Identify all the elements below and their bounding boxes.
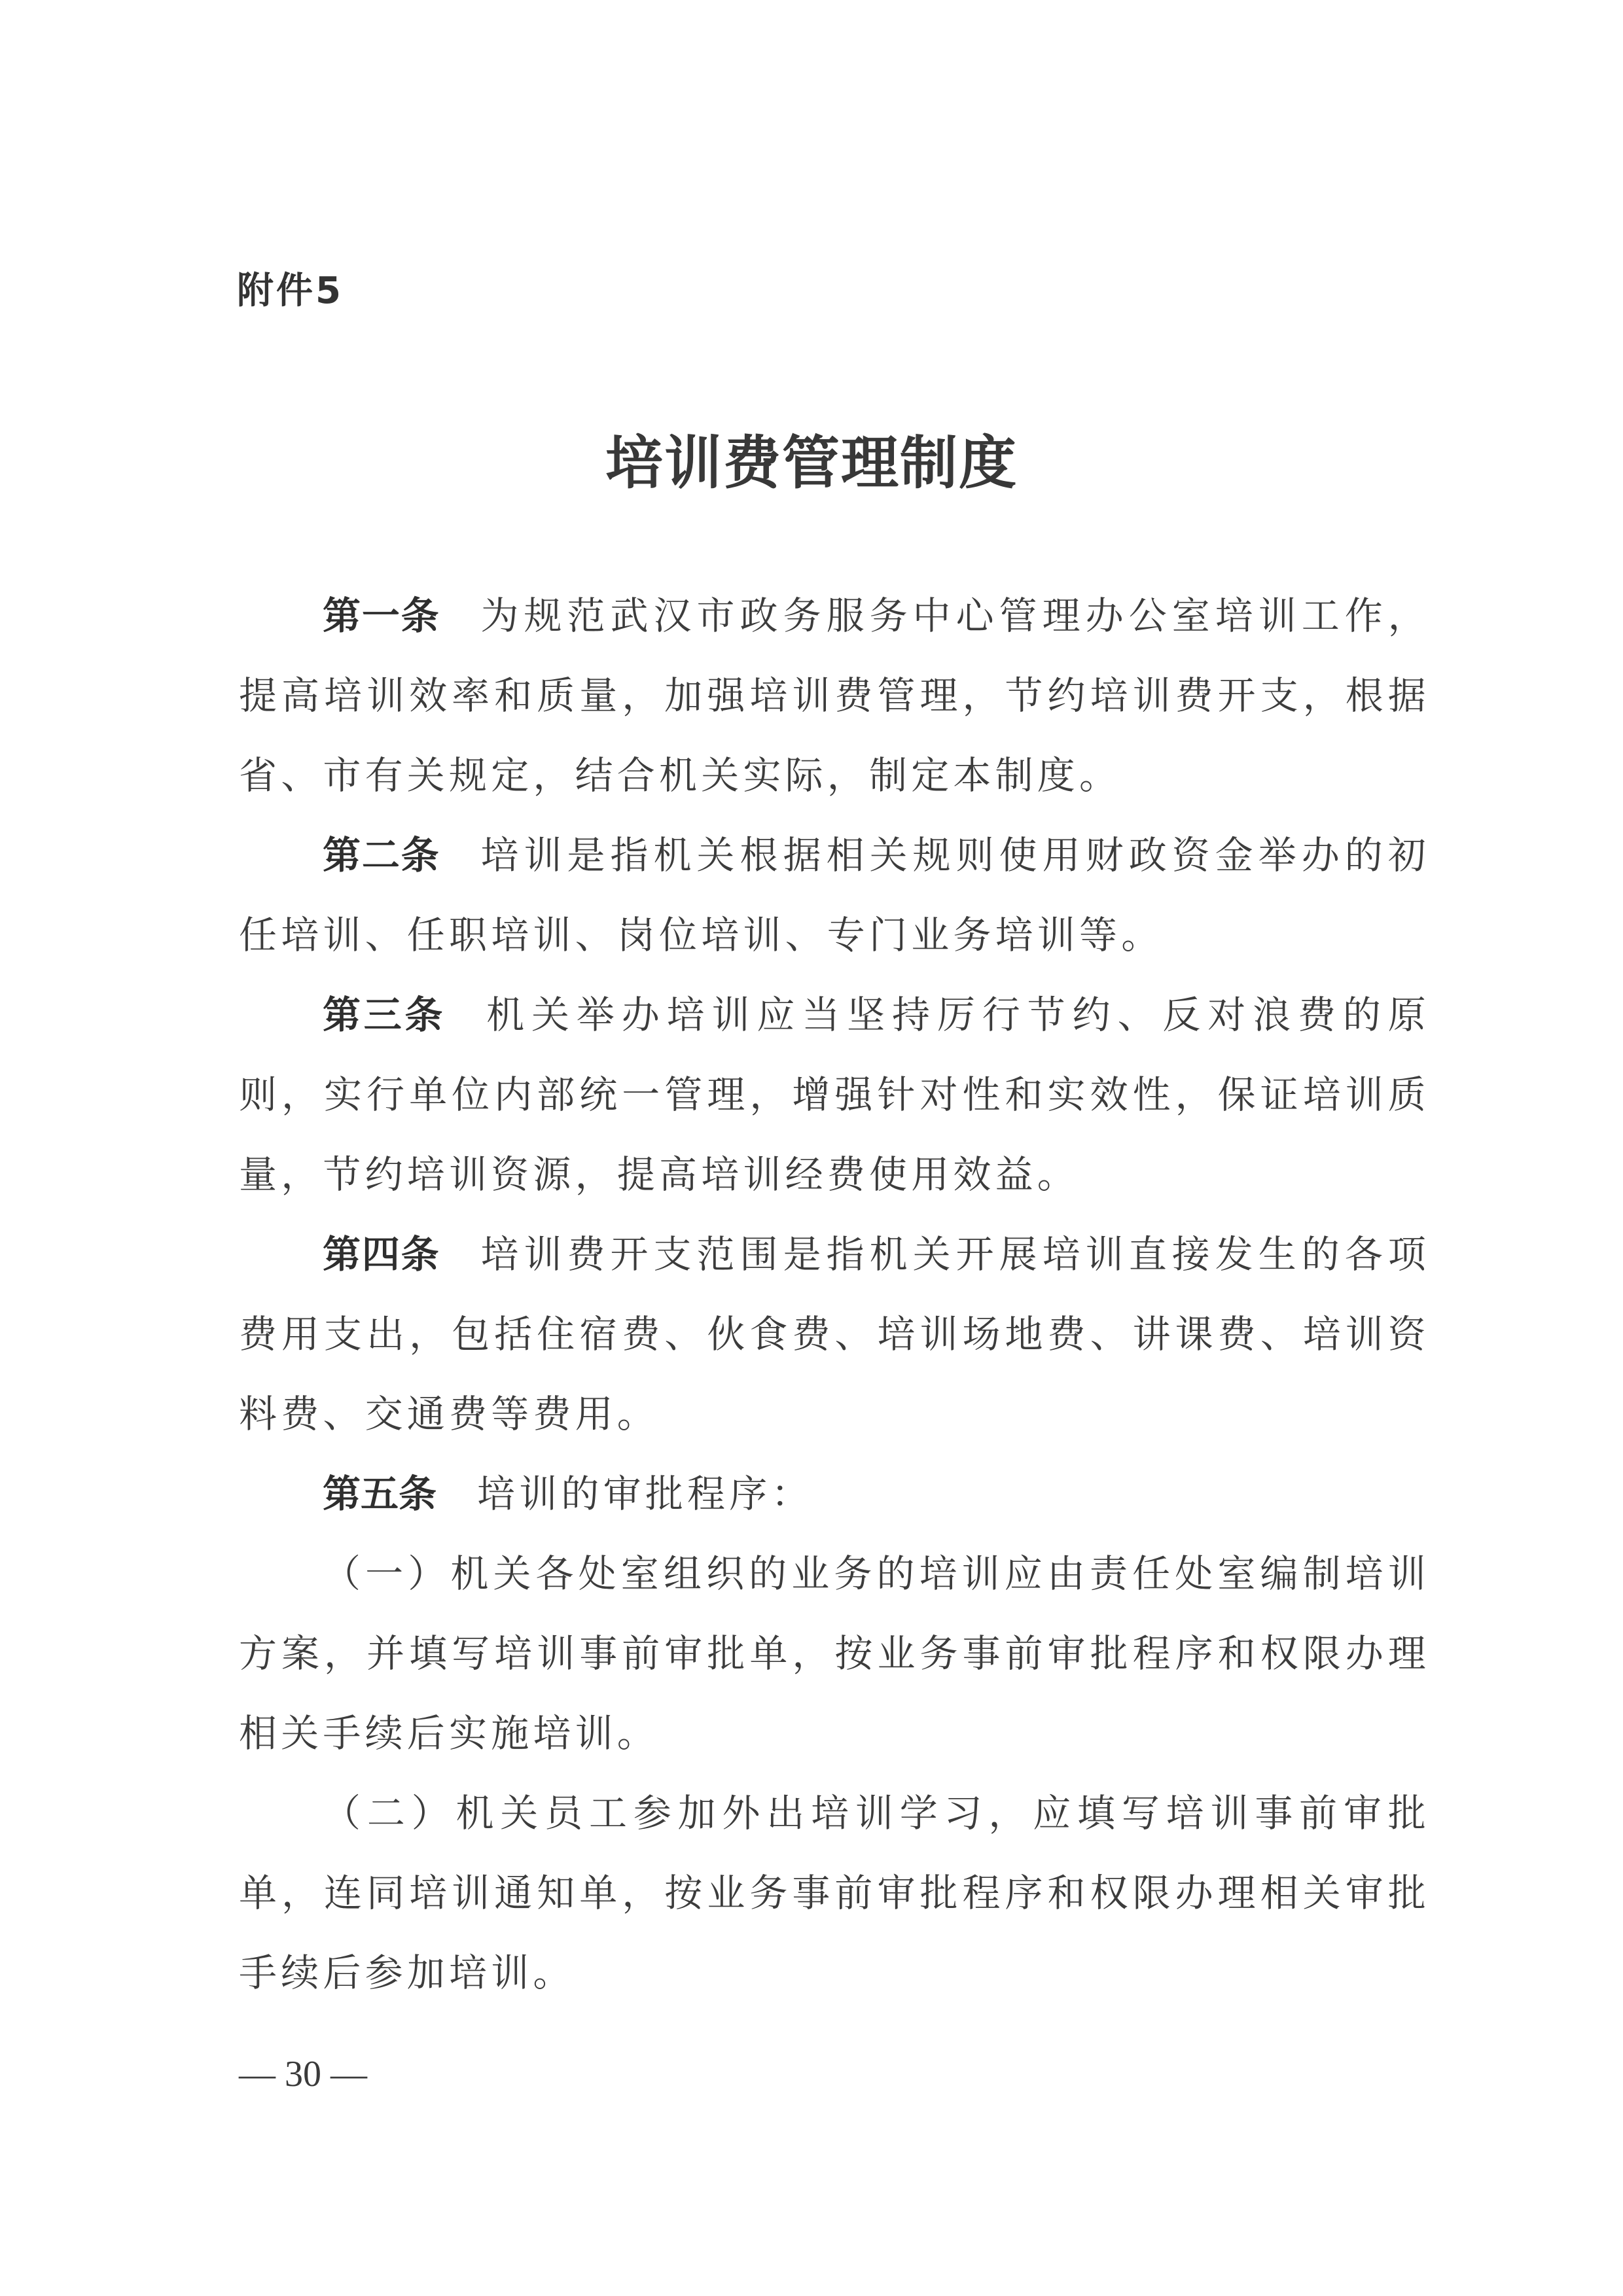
page-number: — 30 —	[239, 2053, 367, 2095]
article-3: 第三条机关举办培训应当坚持厉行节约、反对浪费的原则，实行单位内部统一管理，增强针…	[239, 975, 1430, 1214]
document-title: 培训费管理制度	[0, 417, 1623, 500]
article-5: 第五条培训的审批程序：	[239, 1454, 1430, 1534]
clause-1: （一）机关各处室组织的业务的培训应由责任处室编制培训方案，并填写培训事前审批单，…	[239, 1534, 1430, 1773]
article-label: 第一条	[323, 593, 440, 638]
clause-2: （二）机关员工参加外出培训学习，应填写培训事前审批单，连同培训通知单，按业务事前…	[239, 1773, 1430, 2013]
article-2: 第二条培训是指机关根据相关规则使用财政资金举办的初任培训、任职培训、岗位培训、专…	[239, 815, 1430, 975]
article-label: 第三条	[323, 993, 446, 1037]
article-label: 第五条	[323, 1472, 437, 1516]
article-label: 第二条	[323, 833, 440, 877]
article-1: 第一条为规范武汉市政务服务中心管理办公室培训工作，提高培训效率和质量，加强培训费…	[239, 576, 1430, 815]
article-text: 培训的审批程序：	[477, 1472, 813, 1516]
document-body: 第一条为规范武汉市政务服务中心管理办公室培训工作，提高培训效率和质量，加强培训费…	[239, 576, 1430, 2013]
document-page: 附件5 培训费管理制度 第一条为规范武汉市政务服务中心管理办公室培训工作，提高培…	[0, 0, 1623, 2296]
article-4: 第四条培训费开支范围是指机关开展培训直接发生的各项费用支出，包括住宿费、伙食费、…	[239, 1214, 1430, 1454]
attachment-label: 附件5	[237, 262, 344, 314]
article-label: 第四条	[323, 1232, 440, 1277]
